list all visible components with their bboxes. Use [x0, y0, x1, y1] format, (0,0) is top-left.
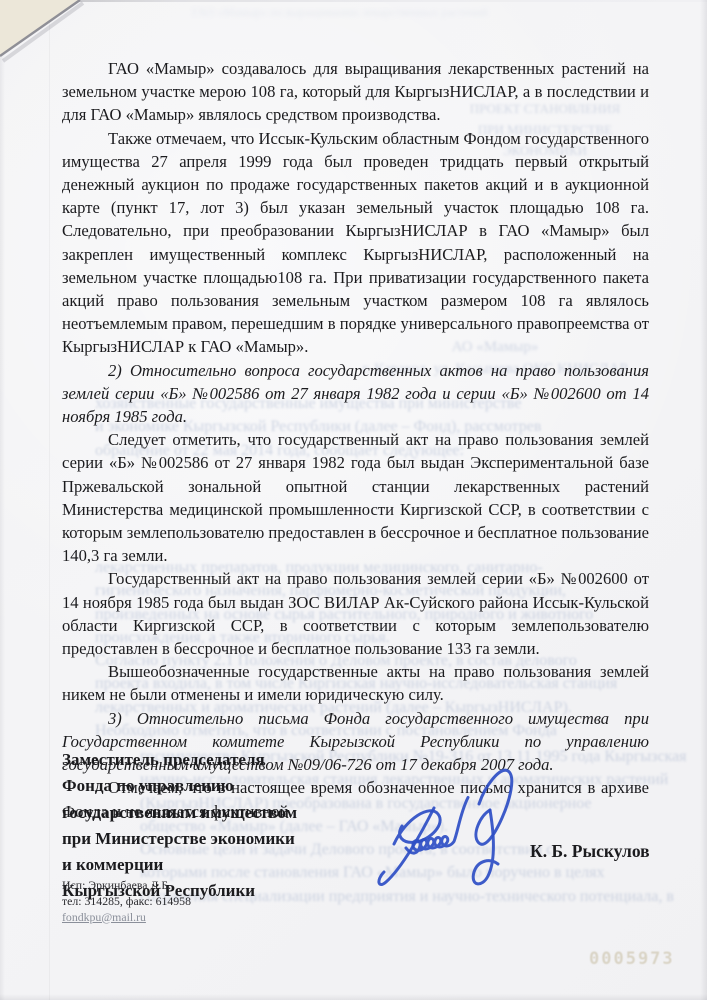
signer-title-line: Заместитель председателя: [62, 747, 662, 773]
footer-contacts: Исп: Эркинбаева Д.Б. тел: 314285, факс: …: [62, 878, 191, 925]
bleedthrough-block: ГАО «Мамыр» по выращиванию лекарственных…: [170, 5, 510, 20]
body-paragraph: Вышеобозначенные государственные акты на…: [62, 660, 649, 706]
executor-line: Исп: Эркинбаева Д.Б.: [62, 878, 191, 894]
signer-title-line: государственным имуществом: [62, 800, 662, 826]
body-paragraph: Государственный акт на право пользования…: [62, 567, 649, 660]
crease-line: [49, 0, 50, 1000]
phone-fax-line: тел: 314285, факс: 614958: [62, 894, 191, 910]
signer-title-line: Фонда по управлению: [62, 773, 662, 799]
body-paragraph: Следует отметить, что государственный ак…: [62, 428, 649, 567]
body-paragraph: ГАО «Мамыр» создавалось для выращивания …: [62, 57, 649, 127]
scan-bottom-edge: [0, 994, 707, 1000]
letter-body: ГАО «Мамыр» создавалось для выращивания …: [62, 57, 649, 823]
stamp-number: 0005973: [589, 949, 675, 969]
scanned-letter-page: ГАО «Мамыр» по выращиванию лекарственных…: [0, 0, 707, 1000]
body-paragraph: 2) Относительно вопроса государственных …: [62, 359, 649, 429]
scan-top-edge: [0, 0, 707, 2]
bleedthrough-line: ГАО «Мамыр» по выращиванию лекарственных…: [170, 5, 510, 20]
signature-ink: [372, 748, 550, 900]
scan-right-edge: [700, 0, 707, 1000]
email-link: fondkpu@mail.ru: [62, 910, 146, 924]
scan-left-edge: [0, 0, 5, 1000]
body-paragraph: Также отмечаем, что Иссык-Кульским облас…: [62, 127, 649, 359]
